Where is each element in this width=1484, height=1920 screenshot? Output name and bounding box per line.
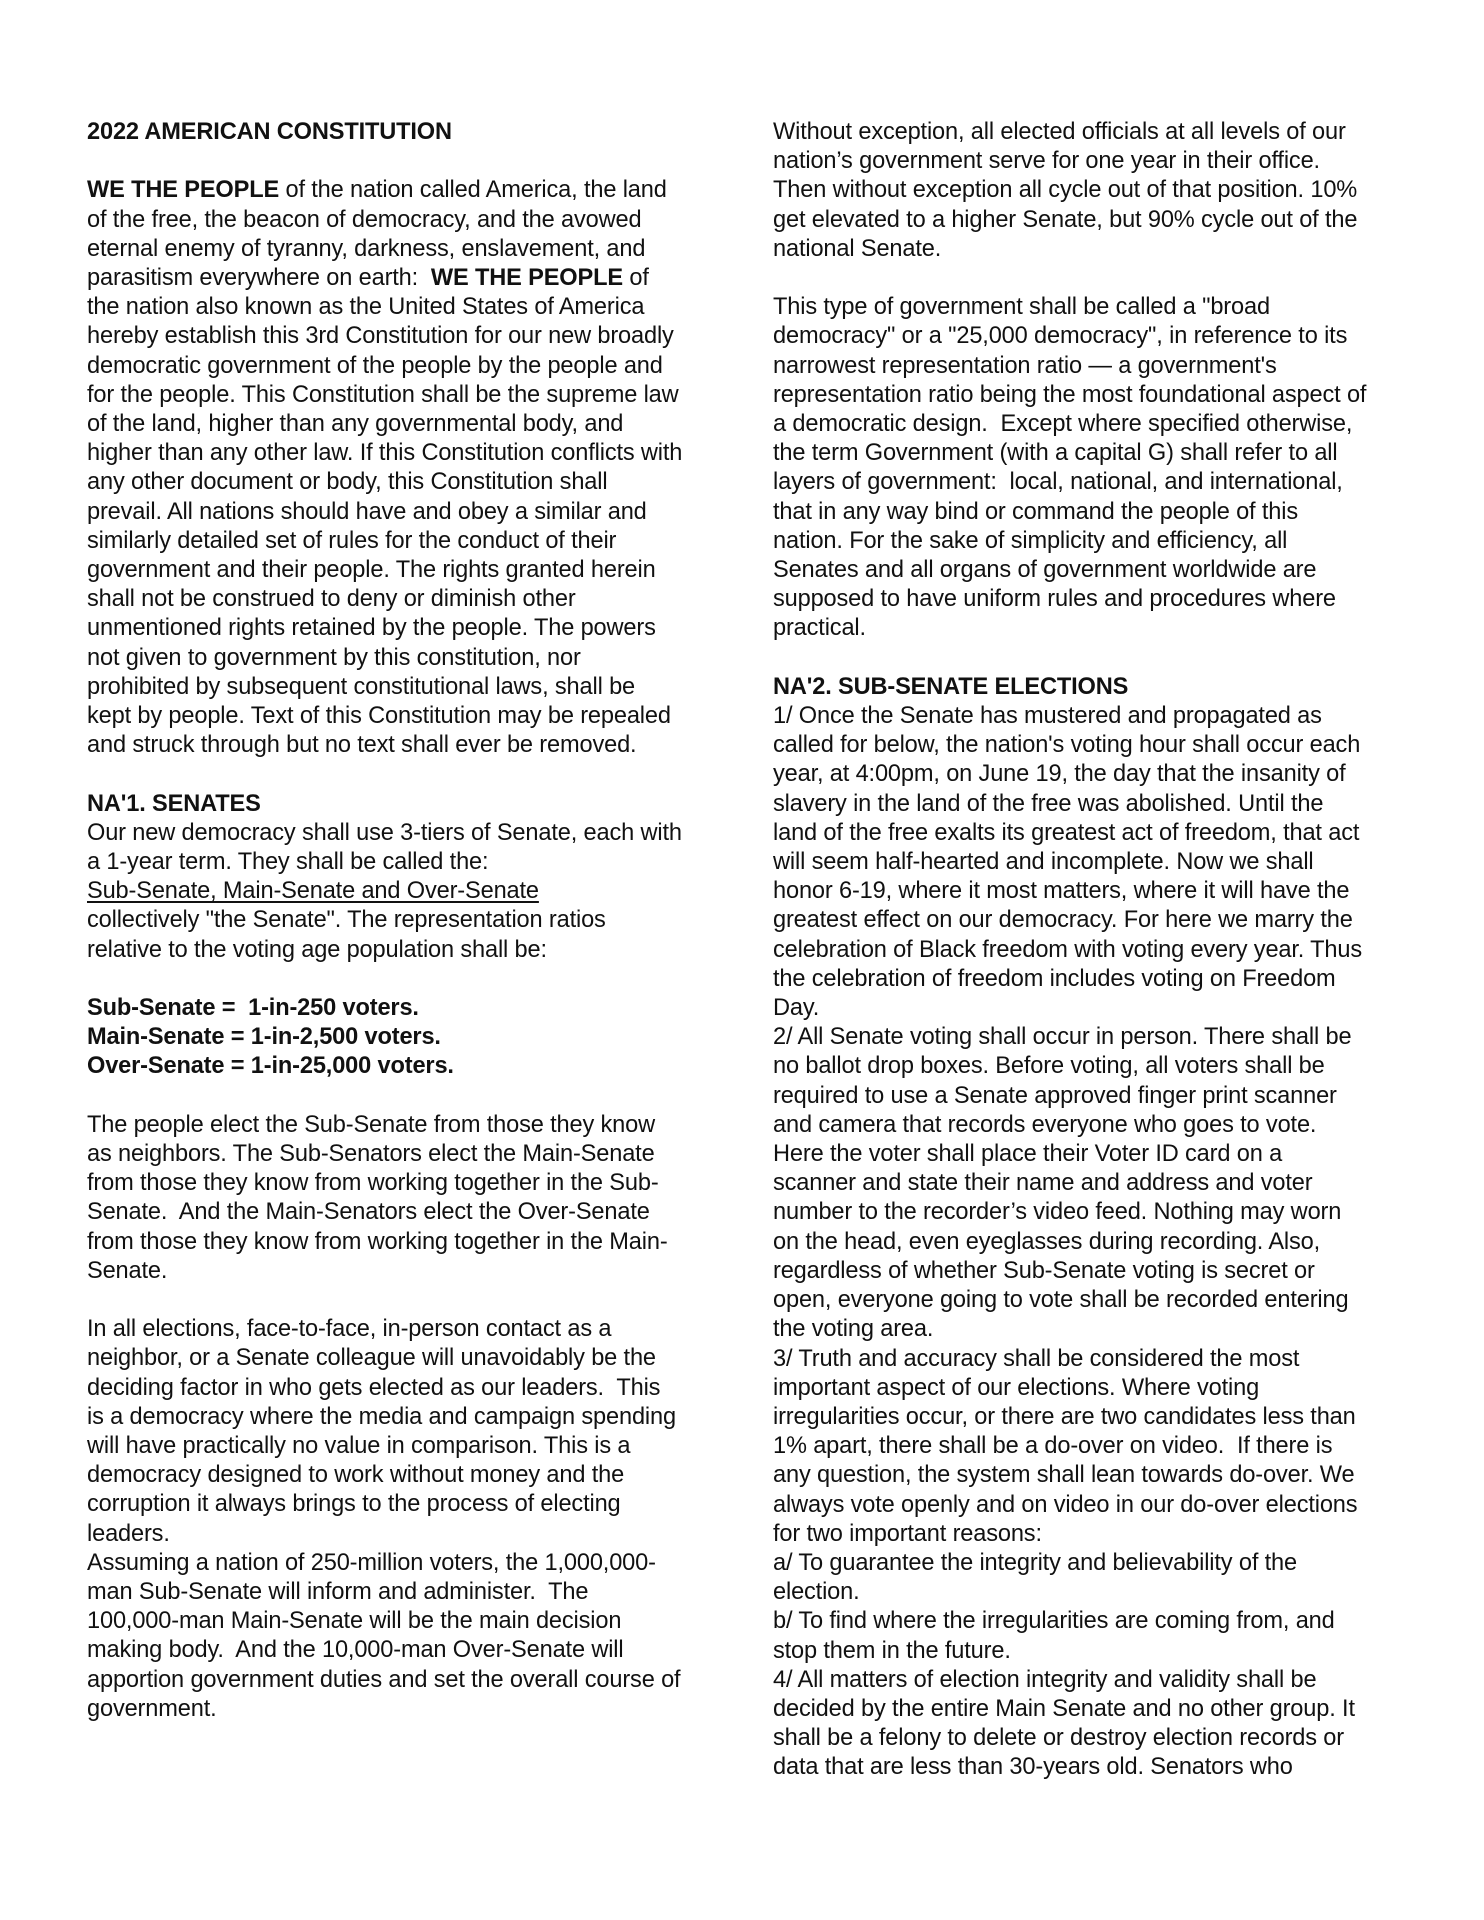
preamble-line: prevail. All nations should have and obe… <box>87 498 727 527</box>
item-2-line: 2/ All Senate voting shall occur in pers… <box>773 1023 1413 1052</box>
section-line: is a democracy where the media and campa… <box>87 1403 727 1432</box>
preamble-line: not given to government by this constitu… <box>87 644 727 673</box>
preamble-line: the nation also known as the United Stat… <box>87 293 727 322</box>
spacer <box>773 644 1413 673</box>
ratio-sub-senate: Sub-Senate = 1-in-250 voters. <box>87 994 727 1023</box>
section-line: collectively "the Senate". The represent… <box>87 906 727 935</box>
section-line: Senate. <box>87 1257 727 1286</box>
section-1-senates: NA'1. SENATES Our new democracy shall us… <box>87 790 727 1724</box>
item-2-line: required to use a Senate approved finger… <box>773 1082 1413 1111</box>
item-1-line: will seem half-hearted and incomplete. N… <box>773 848 1413 877</box>
item-2-line: scanner and state their name and address… <box>773 1169 1413 1198</box>
section-line: corruption it always brings to the proce… <box>87 1490 727 1519</box>
section-line: practical. <box>773 614 1413 643</box>
government-type-paragraph: This type of government shall be called … <box>773 293 1413 643</box>
item-2-line: the voting area. <box>773 1315 1413 1344</box>
item-1-line: land of the free exalts its greatest act… <box>773 819 1413 848</box>
section-line: get elevated to a higher Senate, but 90%… <box>773 206 1413 235</box>
item-1-line: honor 6-19, where it most matters, where… <box>773 877 1413 906</box>
item-1-line: slavery in the land of the free was abol… <box>773 790 1413 819</box>
section-line: In all elections, face-to-face, in-perso… <box>87 1315 727 1344</box>
preamble-line: shall not be construed to deny or dimini… <box>87 585 727 614</box>
section-line: The people elect the Sub-Senate from tho… <box>87 1111 727 1140</box>
section-line: a democratic design. Except where specif… <box>773 410 1413 439</box>
preamble-line: eternal enemy of tyranny, darkness, ensl… <box>87 235 727 264</box>
section-line: neighbor, or a Senate colleague will una… <box>87 1344 727 1373</box>
item-3-line: always vote openly and on video in our d… <box>773 1491 1413 1520</box>
preamble-line: kept by people. Text of this Constitutio… <box>87 702 727 731</box>
section-line: Senate. And the Main-Senators elect the … <box>87 1198 727 1227</box>
we-the-people-bold: WE THE PEOPLE <box>87 177 279 203</box>
preamble-line: of the free, the beacon of democracy, an… <box>87 206 727 235</box>
section-line: leaders. <box>87 1520 727 1549</box>
section-line: a 1-year term. They shall be called the: <box>87 848 727 877</box>
item-4-line: data that are less than 30-years old. Se… <box>773 1753 1413 1782</box>
item-3b-line: stop them in the future. <box>773 1637 1413 1666</box>
section-line: nation’s government serve for one year i… <box>773 147 1413 176</box>
spacer <box>87 760 727 789</box>
item-3-line: any question, the system shall lean towa… <box>773 1461 1413 1490</box>
item-4-line: 4/ All matters of election integrity and… <box>773 1666 1413 1695</box>
preamble-line: prohibited by subsequent constitutional … <box>87 673 727 702</box>
section-line: will have practically no value in compar… <box>87 1432 727 1461</box>
spacer <box>87 1082 727 1111</box>
preamble-line: higher than any other law. If this Const… <box>87 439 727 468</box>
preamble-line: unmentioned rights retained by the peopl… <box>87 614 727 643</box>
section-line: nation. For the sake of simplicity and e… <box>773 527 1413 556</box>
item-2-line: Here the voter shall place their Voter I… <box>773 1140 1413 1169</box>
we-the-people-bold: WE THE PEOPLE <box>431 265 623 291</box>
section-line: representation ratio being the most foun… <box>773 381 1413 410</box>
preamble-line: hereby establish this 3rd Constitution f… <box>87 322 727 351</box>
section-line: layers of government: local, national, a… <box>773 468 1413 497</box>
section-line: Without exception, all elected officials… <box>773 118 1413 147</box>
item-2-line: and camera that records everyone who goe… <box>773 1111 1413 1140</box>
spacer <box>87 147 727 176</box>
item-3a-line: election. <box>773 1578 1413 1607</box>
item-1-line: called for below, the nation's voting ho… <box>773 731 1413 760</box>
section-line: apportion government duties and set the … <box>87 1666 727 1695</box>
ratio-main-senate: Main-Senate = 1-in-2,500 voters. <box>87 1023 727 1052</box>
spacer <box>87 965 727 994</box>
senate-tiers-underlined: Sub-Senate, Main-Senate and Over-Senate <box>87 878 539 904</box>
right-column: Without exception, all elected officials… <box>773 118 1413 1783</box>
spacer <box>773 264 1413 293</box>
section-line: from those they know from working togeth… <box>87 1169 727 1198</box>
item-3-line: 3/ Truth and accuracy shall be considere… <box>773 1345 1413 1374</box>
preamble-line: of the land, higher than any governmenta… <box>87 410 727 439</box>
term-limits-paragraph: Without exception, all elected officials… <box>773 118 1413 264</box>
preamble-line: and struck through but no text shall eve… <box>87 731 727 760</box>
section-line: government. <box>87 1695 727 1724</box>
item-3-line: important aspect of our elections. Where… <box>773 1374 1413 1403</box>
item-1-line: 1/ Once the Senate has mustered and prop… <box>773 702 1413 731</box>
preamble-line: similarly detailed set of rules for the … <box>87 527 727 556</box>
section-line: Senates and all organs of government wor… <box>773 556 1413 585</box>
section-line: making body. And the 10,000-man Over-Sen… <box>87 1636 727 1665</box>
section-line: Then without exception all cycle out of … <box>773 176 1413 205</box>
item-3-line: for two important reasons: <box>773 1520 1413 1549</box>
section-line: from those they know from working togeth… <box>87 1228 727 1257</box>
section-line: national Senate. <box>773 235 1413 264</box>
item-1-line: the celebration of freedom includes voti… <box>773 965 1413 994</box>
preamble: WE THE PEOPLE of the nation called Ameri… <box>87 176 727 760</box>
preamble-line: of the nation called America, the land <box>279 177 667 203</box>
section-line: that in any way bind or command the peop… <box>773 498 1413 527</box>
section-heading: NA'1. SENATES <box>87 790 727 819</box>
ratio-over-senate: Over-Senate = 1-in-25,000 voters. <box>87 1052 727 1081</box>
item-4-line: decided by the entire Main Senate and no… <box>773 1695 1413 1724</box>
preamble-line: democratic government of the people by t… <box>87 352 727 381</box>
item-3b-line: b/ To find where the irregularities are … <box>773 1607 1413 1636</box>
left-column: 2022 AMERICAN CONSTITUTION WE THE PEOPLE… <box>87 118 727 1724</box>
preamble-line: of <box>623 265 649 291</box>
item-1-line: Day. <box>773 994 1413 1023</box>
section-2-sub-senate-elections: NA'2. SUB-SENATE ELECTIONS 1/ Once the S… <box>773 673 1413 1783</box>
spacer <box>87 1286 727 1315</box>
section-line: man Sub-Senate will inform and administe… <box>87 1578 727 1607</box>
document-title: 2022 AMERICAN CONSTITUTION <box>87 118 727 147</box>
item-3a-line: a/ To guarantee the integrity and believ… <box>773 1549 1413 1578</box>
section-line: democracy" or a "25,000 democracy", in r… <box>773 322 1413 351</box>
item-1-line: year, at 4:00pm, on June 19, the day tha… <box>773 760 1413 789</box>
item-2-line: on the head, even eyeglasses during reco… <box>773 1228 1413 1257</box>
preamble-line: for the people. This Constitution shall … <box>87 381 727 410</box>
item-2-line: regardless of whether Sub-Senate voting … <box>773 1257 1413 1286</box>
preamble-line: government and their people. The rights … <box>87 556 727 585</box>
section-line: supposed to have uniform rules and proce… <box>773 585 1413 614</box>
item-1-line: celebration of Black freedom with voting… <box>773 936 1413 965</box>
section-line: Assuming a nation of 250-million voters,… <box>87 1549 727 1578</box>
section-line: the term Government (with a capital G) s… <box>773 439 1413 468</box>
item-3-line: irregularities occur, or there are two c… <box>773 1403 1413 1432</box>
section-line: deciding factor in who gets elected as o… <box>87 1374 727 1403</box>
item-2-line: no ballot drop boxes. Before voting, all… <box>773 1052 1413 1081</box>
section-line: 100,000-man Main-Senate will be the main… <box>87 1607 727 1636</box>
section-line: This type of government shall be called … <box>773 293 1413 322</box>
section-line: democracy designed to work without money… <box>87 1461 727 1490</box>
item-2-line: open, everyone going to vote shall be re… <box>773 1286 1413 1315</box>
section-heading: NA'2. SUB-SENATE ELECTIONS <box>773 673 1413 702</box>
preamble-line: any other document or body, this Constit… <box>87 468 727 497</box>
section-line: relative to the voting age population sh… <box>87 936 727 965</box>
section-line: as neighbors. The Sub-Senators elect the… <box>87 1140 727 1169</box>
preamble-line: parasitism everywhere on earth: <box>87 265 431 291</box>
section-line: Our new democracy shall use 3-tiers of S… <box>87 819 727 848</box>
section-line: narrowest representation ratio — a gover… <box>773 352 1413 381</box>
item-3-line: 1% apart, there shall be a do-over on vi… <box>773 1432 1413 1461</box>
item-4-line: shall be a felony to delete or destroy e… <box>773 1724 1413 1753</box>
item-2-line: number to the recorder’s video feed. Not… <box>773 1198 1413 1227</box>
item-1-line: greatest effect on our democracy. For he… <box>773 906 1413 935</box>
